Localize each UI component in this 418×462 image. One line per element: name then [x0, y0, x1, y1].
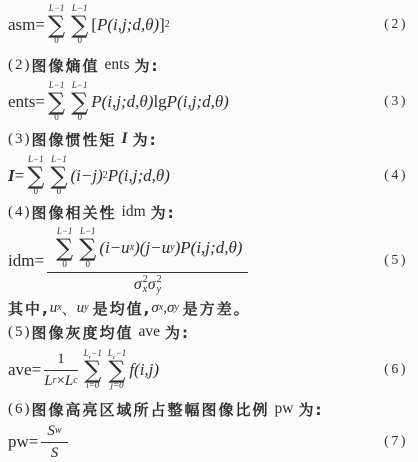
eq-asm-lhs: asm=: [8, 15, 45, 35]
eq-inertia-term1: (i−j): [71, 166, 103, 186]
heading-suffix-zh: 为:: [134, 55, 159, 76]
heading-text-zh: 图像相关性: [32, 202, 117, 223]
equation-number: (3): [384, 94, 410, 110]
sum-operator: L−1 ∑ 0: [71, 4, 88, 47]
sum-symbol: ∑: [84, 359, 101, 382]
heading-index: (2): [8, 57, 32, 74]
sum-lower-limit: 0: [86, 260, 91, 270]
eq-ents-term2: P(i,j;d,θ): [167, 92, 229, 112]
equation-number: (2): [384, 17, 410, 33]
sum-lower-limit: 0: [62, 260, 67, 270]
sum-symbol: ∑: [48, 91, 65, 114]
sum-symbol: ∑: [50, 165, 67, 188]
sum-lower-limit: 0: [54, 36, 59, 46]
sum-operator: Lc−1 ∑ j=0: [108, 349, 126, 392]
sum-symbol: ∑: [71, 91, 88, 114]
heading-inertia: (3)图像惯性矩I为:: [8, 126, 410, 152]
heading-term: ave: [139, 323, 161, 341]
eq-pw-lhs: pw=: [8, 432, 38, 452]
equation-number: (5): [384, 253, 410, 269]
eq-idm-num-part2: )(j−u: [134, 238, 170, 258]
close-bracket: ]: [159, 15, 165, 35]
sum-operator: L−1 ∑ 0: [71, 81, 88, 124]
sum-lower-limit: 0: [77, 36, 82, 46]
equation-number: (7): [384, 434, 410, 450]
heading-suffix-zh: 为:: [165, 322, 190, 343]
log-operator: lg: [153, 92, 166, 112]
heading-text-zh: 图像惯性矩: [32, 129, 117, 150]
fraction-numerator: L−1 ∑ 0 L−1 ∑ 0 (i−ux)(j−uy)P(i,j;d,θ): [47, 227, 248, 272]
sum-lower-limit: j=0: [111, 381, 124, 391]
heading-index: (4): [8, 204, 32, 221]
eq-ents-lhs: ents=: [8, 92, 45, 112]
eq-asm-body: P(i,j;d,θ): [97, 15, 159, 35]
equation-inertia: I= L−1 ∑ 0 L−1 ∑ 0 (i−j)2P(i,j;d,θ) (4): [8, 152, 410, 200]
note-zh-mid: 是均值,: [93, 298, 152, 319]
sum-symbol: ∑: [71, 14, 88, 37]
equation-number: (6): [384, 362, 410, 378]
heading-pw: (6)图像高亮区域所占整幅图像比例pw为:: [8, 396, 410, 422]
sum-symbol: ∑: [109, 359, 126, 382]
note-means-variance: 其中,ux、uy是均值,σx,σy是方差。: [8, 296, 410, 320]
sum-operator: L−1 ∑ 0: [48, 4, 65, 47]
heading-term: ents: [105, 56, 130, 74]
sum-operator: L−1 ∑ 0: [79, 227, 96, 270]
sum-operator: Lr−1 ∑ i=0: [84, 349, 102, 392]
heading-suffix-zh: 为:: [151, 202, 176, 223]
heading-index: (6): [8, 401, 32, 418]
sum-lower-limit: 0: [34, 187, 39, 197]
eq-idm-lhs: idm=: [8, 251, 44, 271]
fraction-denominator: σ 2 x σ 2 y: [47, 272, 248, 295]
heading-term: idm: [122, 203, 146, 221]
equals-sign: =: [15, 166, 25, 186]
sum-lower-limit: 0: [57, 187, 62, 197]
heading-term: pw: [275, 400, 294, 418]
paper-page: asm= L−1 ∑ 0 L−1 ∑ 0 [P(i,j;d,θ)]2 (2) (…: [0, 0, 418, 462]
eq-inertia-lhs-var: I: [8, 166, 15, 186]
eq-ents-term1: P(i,j;d,θ): [91, 92, 153, 112]
eq-idm-num-part3: )P(i,j;d,θ): [175, 238, 243, 258]
equation-ave: ave= 1 Lr×Lc Lr−1 ∑ i=0 Lc−1 ∑ j=0 f(i,j…: [8, 344, 410, 396]
equation-asm: asm= L−1 ∑ 0 L−1 ∑ 0 [P(i,j;d,θ)]2 (2): [8, 0, 410, 50]
eq-ave-body: f(i,j): [129, 360, 159, 380]
sigma-y-sub: y: [157, 285, 161, 295]
fraction: L−1 ∑ 0 L−1 ∑ 0 (i−ux)(j−uy)P(i,j;d,θ) σ…: [47, 227, 248, 295]
eq-idm-num-part1: (i−u: [99, 238, 129, 258]
fraction-numerator: Sw: [41, 423, 67, 442]
fraction: 1 Lr×Lc: [44, 351, 78, 390]
L-cols: L: [65, 373, 73, 390]
heading-term: I: [122, 130, 128, 148]
equation-pw: pw= Sw S (7): [8, 422, 410, 462]
heading-index: (5): [8, 324, 32, 341]
times-sign: ×: [56, 373, 64, 390]
fraction: Sw S: [41, 423, 67, 462]
equation-idm: idm= L−1 ∑ 0 L−1 ∑ 0 (i−ux)(j−uy)P(i,j;d…: [8, 226, 410, 296]
heading-index: (3): [8, 131, 32, 148]
equation-ents: ents= L−1 ∑ 0 L−1 ∑ 0 P(i,j;d,θ)lgP(i,j;…: [8, 78, 410, 126]
equation-number: (4): [384, 168, 410, 184]
sigma-x-sub: x: [143, 285, 147, 295]
heading-idm: (4)图像相关性idm为:: [8, 198, 410, 226]
note-zh-suffix: 是方差。: [183, 298, 251, 319]
heading-ents: (2)图像熵值ents为:: [8, 52, 410, 78]
sum-symbol: ∑: [79, 237, 96, 260]
sum-lower-limit: 0: [54, 113, 59, 123]
sum-symbol: ∑: [27, 165, 44, 188]
sum-lower-limit: i=0: [86, 381, 99, 391]
heading-text-zh: 图像灰度均值: [32, 322, 134, 343]
heading-text-zh: 图像熵值: [32, 55, 100, 76]
sigma-y-base: σ: [148, 276, 156, 294]
heading-text-zh: 图像高亮区域所占整幅图像比例: [32, 399, 270, 420]
S-white: S: [47, 423, 55, 440]
sum-symbol: ∑: [48, 14, 65, 37]
sigma-x-base: σ: [134, 276, 142, 294]
note-zh-prefix: 其中,: [8, 298, 50, 319]
sum-lower-limit: 0: [77, 113, 82, 123]
sum-operator: L−1 ∑ 0: [56, 227, 73, 270]
fraction-numerator: 1: [51, 351, 71, 370]
fraction-denominator: S: [41, 442, 67, 462]
L-rows: L: [44, 373, 52, 390]
heading-suffix-zh: 为:: [133, 129, 158, 150]
eq-inertia-term2: P(i,j;d,θ): [108, 166, 170, 186]
eq-ave-lhs: ave=: [8, 360, 41, 380]
sum-operator: L−1 ∑ 0: [48, 81, 65, 124]
fraction-denominator: Lr×Lc: [44, 370, 78, 390]
separator: 、: [62, 298, 77, 319]
sum-operator: L−1 ∑ 0: [50, 155, 67, 198]
sigma-y-supsub: 2 y: [157, 275, 162, 295]
heading-suffix-zh: 为:: [298, 399, 323, 420]
sum-operator: L−1 ∑ 0: [27, 155, 44, 198]
heading-ave: (5)图像灰度均值ave为:: [8, 320, 410, 344]
var-sigma-x: σ: [151, 300, 158, 317]
sum-symbol: ∑: [56, 237, 73, 260]
